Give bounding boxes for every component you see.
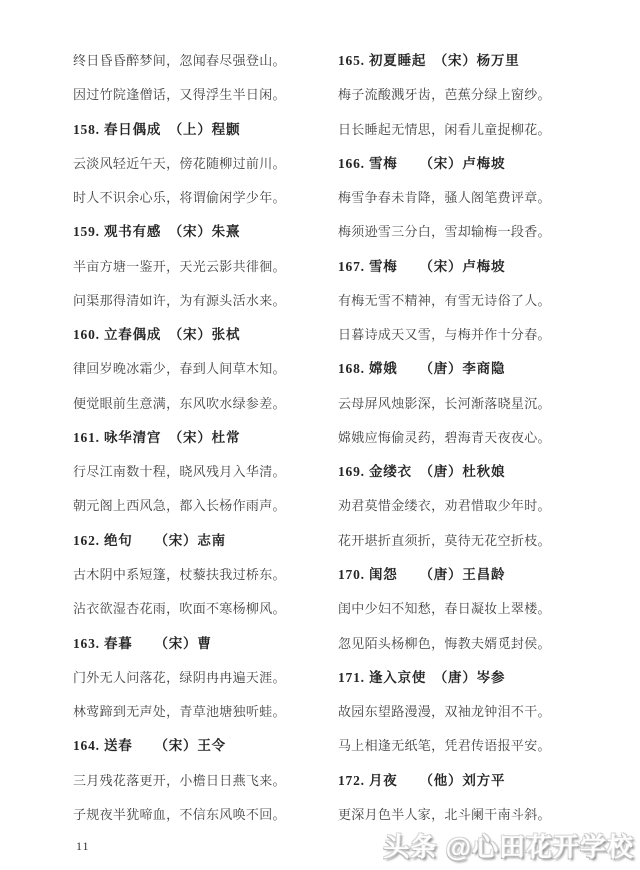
poem-heading: 167. 雪梅 （宋）卢梅坡 xyxy=(338,258,590,276)
watermark: 头条 @心田花开学校 xyxy=(383,827,634,864)
document-page: 终日昏昏醉梦间，忽闻春尽强登山。因过竹院逢僧话，又得浮生半日闲。158. 春日偶… xyxy=(0,0,640,870)
poem-heading: 170. 闺怨 （唐）王昌龄 xyxy=(338,566,590,584)
poem-heading: 166. 雪梅 （宋）卢梅坡 xyxy=(338,155,590,173)
poem-verse-line: 子规夜半犹啼血，不信东风唤不回。 xyxy=(73,806,325,824)
poem-heading: 162. 绝句 （宋）志南 xyxy=(73,532,325,550)
poem-verse-line: 沾衣欲湿杏花雨，吹面不寒杨柳风。 xyxy=(73,600,325,618)
poem-verse-line: 劝君莫惜金缕衣，劝君惜取少年时。 xyxy=(338,497,590,515)
poem-verse-line: 因过竹院逢僧话，又得浮生半日闲。 xyxy=(73,86,325,104)
poem-heading: 158. 春日偶成 （上）程颢 xyxy=(73,121,325,139)
poem-verse-line: 朝元阁上西风急，都入长杨作雨声。 xyxy=(73,497,325,515)
poem-heading: 160. 立春偶成 （宋）张栻 xyxy=(73,326,325,344)
poem-heading: 169. 金缕衣 （唐）杜秋娘 xyxy=(338,463,590,481)
poem-heading: 159. 观书有感 （宋）朱熹 xyxy=(73,223,325,241)
poem-heading: 164. 送春 （宋）王令 xyxy=(73,737,325,755)
poem-heading: 172. 月夜 （他）刘方平 xyxy=(338,772,590,790)
poem-heading: 165. 初夏睡起 （宋）杨万里 xyxy=(338,52,590,70)
poem-verse-line: 时人不识余心乐，将谓偷闲学少年。 xyxy=(73,189,325,207)
poem-verse-line: 林莺蹄到无声处，青草池塘独听蛙。 xyxy=(73,703,325,721)
poem-verse-line: 三月残花落更开，小檐日日燕飞来。 xyxy=(73,772,325,790)
poem-verse-line: 半亩方塘一鉴开，天光云影共徘徊。 xyxy=(73,258,325,276)
poem-column-left: 终日昏昏醉梦间，忽闻春尽强登山。因过竹院逢僧话，又得浮生半日闲。158. 春日偶… xyxy=(73,52,325,824)
poem-verse-line: 有梅无雪不精神，有雪无诗俗了人。 xyxy=(338,292,590,310)
poem-verse-line: 故园东望路漫漫，双袖龙钟泪不干。 xyxy=(338,703,590,721)
poem-verse-line: 忽见陌头杨柳色，悔教夫婿觅封侯。 xyxy=(338,635,590,653)
poem-verse-line: 问渠那得清如许，为有源头活水来。 xyxy=(73,292,325,310)
poem-verse-line: 马上相逢无纸笔，凭君传语报平安。 xyxy=(338,737,590,755)
poem-verse-line: 云母屏风烛影深，长河渐落晓星沉。 xyxy=(338,395,590,413)
poem-verse-line: 律回岁晚冰霜少，春到人间草木知。 xyxy=(73,360,325,378)
poem-verse-line: 闺中少妇不知愁，春日凝妆上翠楼。 xyxy=(338,600,590,618)
poem-verse-line: 梅雪争春未肯降，骚人阁笔费评章。 xyxy=(338,189,590,207)
poem-verse-line: 更深月色半人家，北斗阑干南斗斜。 xyxy=(338,806,590,824)
poem-verse-line: 终日昏昏醉梦间，忽闻春尽强登山。 xyxy=(73,52,325,70)
poem-heading: 161. 咏华清宫 （宋）杜常 xyxy=(73,429,325,447)
poem-verse-line: 日长睡起无情思，闲看儿童捉柳花。 xyxy=(338,121,590,139)
poem-verse-line: 梅子流酸溅牙齿，芭蕉分绿上窗纱。 xyxy=(338,86,590,104)
poem-verse-line: 门外无人问落花，绿阴冉冉遍天涯。 xyxy=(73,669,325,687)
poem-verse-line: 古木阴中系短篷，杖藜扶我过桥东。 xyxy=(73,566,325,584)
poem-heading: 168. 嫦娥 （唐）李商隐 xyxy=(338,360,590,378)
poem-verse-line: 花开堪折直须折，莫待无花空折枝。 xyxy=(338,532,590,550)
poem-verse-line: 便觉眼前生意满，东风吹水绿参差。 xyxy=(73,395,325,413)
poem-verse-line: 行尽江南数十程，晓风残月入华清。 xyxy=(73,463,325,481)
poem-heading: 171. 逢入京使 （唐）岑参 xyxy=(338,669,590,687)
poem-verse-line: 日暮诗成天又雪，与梅并作十分春。 xyxy=(338,326,590,344)
poem-column-right: 165. 初夏睡起 （宋）杨万里梅子流酸溅牙齿，芭蕉分绿上窗纱。日长睡起无情思，… xyxy=(338,52,590,824)
poem-verse-line: 梅须逊雪三分白，雪却输梅一段香。 xyxy=(338,223,590,241)
poem-verse-line: 嫦娥应悔偷灵药，碧海青天夜夜心。 xyxy=(338,429,590,447)
poem-heading: 163. 春暮 （宋）曹 xyxy=(73,635,325,653)
page-number: 11 xyxy=(76,839,90,854)
poem-verse-line: 云淡风轻近午天，傍花随柳过前川。 xyxy=(73,155,325,173)
